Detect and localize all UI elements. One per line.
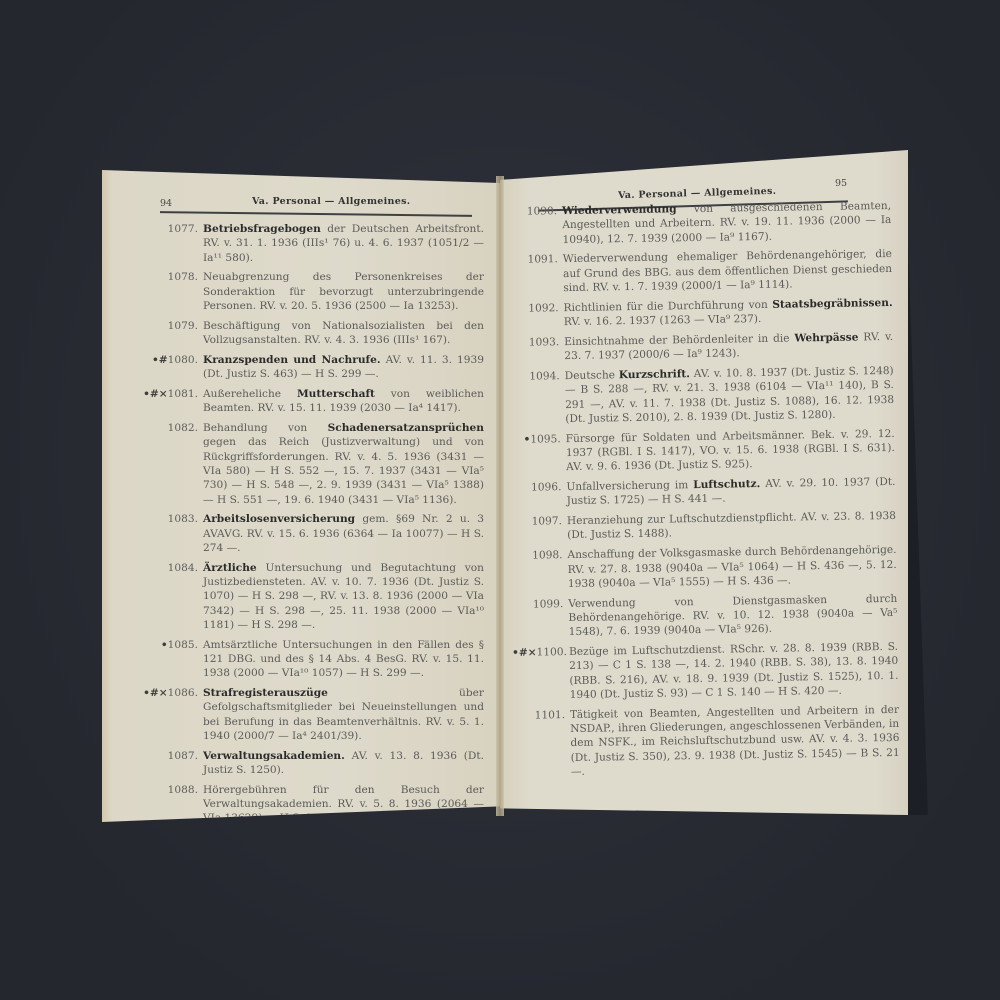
list-item: 1094. Deutsche Kurzschrift. AV. v. 10. 8… <box>508 364 895 427</box>
entry-text: Verwendung von Dienstgasmasken durch Beh… <box>563 592 898 640</box>
entry-text: Betriebsfragebogen der Deutschen Arbeits… <box>198 222 484 265</box>
list-item: 1097. Heranziehung zur Luftschutzdienstp… <box>510 509 896 544</box>
entry-number-value: 1087. <box>168 750 198 762</box>
entry-number-value: 1097. <box>532 515 563 527</box>
entry-text: Fürsorge für Soldaten und Arbeitsmänner.… <box>561 427 896 475</box>
entry-number-value: 1088. <box>168 784 198 796</box>
entry-prefix: Einsichtnahme der Behördenleiter in die <box>564 332 794 348</box>
entry-text: Heranziehung zur Luftschutzdienstpflicht… <box>562 509 896 543</box>
list-item: •#×1086. Strafregisterauszüge über Gefol… <box>118 686 484 743</box>
entry-number: 1099. <box>511 597 564 641</box>
entry-prefix: Behandlung von <box>203 422 328 434</box>
open-book: 94 Va. Personal — Allgemeines. 1077. Bet… <box>0 0 1000 1000</box>
running-head: Va. Personal — Allgemeines. <box>618 186 777 201</box>
entry-number: 1091. <box>506 253 559 297</box>
entry-keyword: Betriebsfragebogen <box>203 223 321 235</box>
entry-number: 1084. <box>118 561 198 632</box>
list-item: 1082. Behandlung von Schadenersatzansprü… <box>118 421 484 507</box>
entry-number: •#×1100. <box>512 645 565 703</box>
list-item: 1083. Arbeitslosenversicherung gem. §69 … <box>118 512 484 555</box>
entry-text: Deutsche Kurzschrift. AV. v. 10. 8. 1937… <box>560 364 895 426</box>
entry-number-value: 1077. <box>168 223 198 235</box>
entry-text: Beurteilung der Prüflinge an den Verwalt… <box>198 831 484 874</box>
entry-list: 1077. Betriebsfragebogen der Deutschen A… <box>118 222 484 880</box>
entry-number-value: 1092. <box>528 302 559 314</box>
entry-text: Beschäftigung von Nationalsozialisten be… <box>198 319 484 348</box>
entry-text: Hörergebühren für den Besuch der Verwalt… <box>198 783 484 826</box>
entry-keyword: Ärztliche <box>203 562 257 574</box>
page-number: 95 <box>835 178 847 189</box>
entry-number: 1078. <box>118 270 198 313</box>
entry-body: gegen das Reich (Justizverwaltung) und v… <box>203 436 484 505</box>
entry-text: Wiederverwendung ehemaliger Behördenange… <box>558 247 893 295</box>
list-item: 1084. Ärztliche Untersuchung und Begutac… <box>118 561 484 632</box>
entry-body: Beschäftigung von Nationalsozialisten be… <box>203 320 484 346</box>
entry-marks: •#× <box>143 687 168 699</box>
entry-number-value: 1078. <box>168 271 198 283</box>
entry-text: Kranzspenden und Nachrufe. AV. v. 11. 3.… <box>198 353 484 382</box>
list-item: 1088. Hörergebühren für den Besuch der V… <box>118 783 484 826</box>
entry-text: Strafregisterauszüge über Gefolgschaftsm… <box>198 686 484 743</box>
entry-body: Fürsorge für Soldaten und Arbeitsmänner.… <box>566 428 895 474</box>
entry-keyword: Arbeitslosenversicherung <box>203 513 355 525</box>
list-item: •#×1081. Außereheliche Mutterschaft von … <box>118 387 484 416</box>
entry-body: RV. v. 16. 2. 1937 (1263 — VIa⁹ 237). <box>564 313 762 328</box>
entry-body: Tätigkeit von Beamten, Angestellten und … <box>570 704 900 778</box>
entry-number: 1093. <box>507 335 559 364</box>
entry-number: •#×1086. <box>118 686 198 743</box>
entry-number: 1089. <box>118 831 198 874</box>
entry-text: Außereheliche Mutterschaft von weibliche… <box>198 387 484 416</box>
entry-number-value: 1100. <box>536 646 567 658</box>
entry-keyword: Strafregisterauszüge <box>203 687 328 699</box>
list-item: •#1080. Kranzspenden und Nachrufe. AV. v… <box>118 353 484 382</box>
entry-body: Verwendung von Dienstgasmasken durch Beh… <box>568 593 897 639</box>
entry-number: •1095. <box>509 432 562 476</box>
entry-text: Behandlung von Schadenersatzansprüchen g… <box>198 421 484 507</box>
entry-number: 1096. <box>509 480 561 509</box>
entry-keyword: Schadenersatzansprüchen <box>328 422 484 434</box>
list-item: 1093. Einsichtnahme der Behördenleiter i… <box>507 330 893 365</box>
list-item: 1090. Wiederverwendung von ausgeschieden… <box>505 199 892 248</box>
entry-number: •1085. <box>118 638 198 681</box>
entry-text: Bezüge im Luftschutzdienst. RSchr. v. 28… <box>564 640 899 702</box>
entry-keyword: Staatsbegräbnissen. <box>772 297 893 311</box>
entry-number-value: 1091. <box>527 254 558 266</box>
list-item: •1095. Fürsorge für Soldaten und Arbeits… <box>509 427 896 476</box>
list-item: 1092. Richtlinien für die Durchführung v… <box>507 296 893 331</box>
entry-text: Wiederverwendung von ausgeschiedenen Bea… <box>557 199 892 247</box>
entry-number: 1098. <box>510 548 563 592</box>
entry-number-value: 1079. <box>168 320 198 332</box>
entry-number-value: 1081. <box>168 388 198 400</box>
left-page: 94 Va. Personal — Allgemeines. 1077. Bet… <box>102 170 500 822</box>
entry-text: Tätigkeit von Beamten, Angestellten und … <box>565 703 900 780</box>
entry-text: Ärztliche Untersuchung und Begutachtung … <box>198 561 484 632</box>
list-item: 1077. Betriebsfragebogen der Deutschen A… <box>118 222 484 265</box>
entry-keyword: Luftschutz. <box>693 478 760 491</box>
list-item: 1078. Neuabgrenzung des Personenkreises … <box>118 270 484 313</box>
entry-number: 1079. <box>118 319 198 348</box>
header-rule <box>160 211 472 217</box>
entry-number: 1090. <box>505 204 558 248</box>
list-item: 1089. Beurteilung der Prüflinge an den V… <box>118 831 484 874</box>
book-gutter <box>496 176 504 816</box>
entry-number-value: 1090. <box>527 205 558 217</box>
list-item: 1099. Verwendung von Dienstgasmasken dur… <box>511 592 898 641</box>
list-item: •1085. Amtsärztliche Untersuchungen in d… <box>118 638 484 681</box>
list-item: 1101. Tätigkeit von Beamten, Angestellte… <box>513 703 900 781</box>
entry-keyword: Mutterschaft <box>297 388 375 400</box>
entry-body: Wiederverwendung ehemaliger Behördenange… <box>563 248 892 294</box>
entry-text: Amtsärztliche Untersuchungen in den Fäll… <box>198 638 484 681</box>
entry-list: 1090. Wiederverwendung von ausgeschieden… <box>505 199 900 786</box>
entry-text: Richtlinien für die Durchführung von Sta… <box>559 296 893 330</box>
entry-number-value: 1083. <box>168 513 198 525</box>
entry-marks: •#× <box>143 388 168 400</box>
list-item: 1096. Unfallversicherung im Luftschutz. … <box>509 475 895 510</box>
entry-marks: • <box>161 639 168 651</box>
entry-body: Hörergebühren für den Besuch der Verwalt… <box>203 784 484 825</box>
entry-body: Neuabgrenzung des Personenkreises der So… <box>203 271 484 312</box>
entry-number-value: 1095. <box>530 433 561 445</box>
list-item: 1087. Verwaltungsakademien. AV. v. 13. 8… <box>118 749 484 778</box>
entry-number-value: 1086. <box>168 687 198 699</box>
page-number: 94 <box>160 198 172 209</box>
entry-prefix: Außereheliche <box>203 388 297 400</box>
entry-number-value: 1089. <box>168 832 198 844</box>
entry-number: 1077. <box>118 222 198 265</box>
entry-body: Heranziehung zur Luftschutzdienstpflicht… <box>567 510 896 541</box>
entry-number-value: 1096. <box>531 481 562 493</box>
list-item: 1098. Anschaffung der Volksgasmaske durc… <box>510 543 897 592</box>
entry-number: •#1080. <box>118 353 198 382</box>
entry-text: Verwaltungsakademien. AV. v. 13. 8. 1936… <box>198 749 484 778</box>
entry-prefix: Unfallversicherung im <box>566 479 693 493</box>
entry-number-value: 1084. <box>168 562 198 574</box>
entry-prefix: Richtlinien für die Durchführung von <box>564 299 773 314</box>
entry-number: 1101. <box>513 708 566 780</box>
entry-number-value: 1099. <box>533 598 564 610</box>
entry-text: Arbeitslosenversicherung gem. §69 Nr. 2 … <box>198 512 484 555</box>
entry-keyword: Wiederverwendung <box>562 203 677 217</box>
entry-keyword: Wehrpässe <box>794 331 858 344</box>
entry-text: Einsichtnahme der Behördenleiter in die … <box>559 330 893 364</box>
entry-number: 1083. <box>118 512 198 555</box>
entry-body: Bezüge im Luftschutzdienst. RSchr. v. 28… <box>569 641 899 701</box>
entry-marks: •#× <box>512 647 537 659</box>
entry-text: Anschaffung der Volksgasmaske durch Behö… <box>562 543 897 591</box>
entry-text: Unfallversicherung im Luftschutz. AV. v.… <box>561 475 895 509</box>
entry-prefix: Deutsche <box>565 369 619 382</box>
entry-text: Neuabgrenzung des Personenkreises der So… <box>198 270 484 313</box>
entry-number: 1094. <box>508 369 561 427</box>
entry-number: 1092. <box>507 301 559 330</box>
entry-body: Anschaffung der Volksgasmaske durch Behö… <box>567 544 896 590</box>
entry-number: 1097. <box>510 514 562 543</box>
entry-number: 1087. <box>118 749 198 778</box>
entry-number-value: 1094. <box>529 370 560 382</box>
list-item: •#×1100. Bezüge im Luftschutzdienst. RSc… <box>512 640 899 703</box>
entry-number-value: 1101. <box>535 709 566 721</box>
entry-number-value: 1080. <box>168 354 198 366</box>
entry-keyword: Verwaltungsakademien. <box>203 750 345 762</box>
entry-number: 1082. <box>118 421 198 507</box>
list-item: 1079. Beschäftigung von Nationalsozialis… <box>118 319 484 348</box>
entry-number-value: 1082. <box>168 422 198 434</box>
entry-keyword: Kranzspenden und Nachrufe. <box>203 354 381 366</box>
list-item: 1091. Wiederverwendung ehemaliger Behörd… <box>506 247 893 296</box>
entry-body: Amtsärztliche Untersuchungen in den Fäll… <box>203 639 484 680</box>
entry-keyword: Kurzschrift. <box>619 368 690 381</box>
entry-number-value: 1093. <box>529 336 560 348</box>
entry-number-value: 1098. <box>532 549 563 561</box>
entry-number-value: 1085. <box>168 639 198 651</box>
entry-body: Beurteilung der Prüflinge an den Verwalt… <box>203 832 484 873</box>
entry-number: •#×1081. <box>118 387 198 416</box>
running-head: Va. Personal — Allgemeines. <box>252 196 410 207</box>
entry-marks: •# <box>152 354 168 366</box>
entry-number: 1088. <box>118 783 198 826</box>
